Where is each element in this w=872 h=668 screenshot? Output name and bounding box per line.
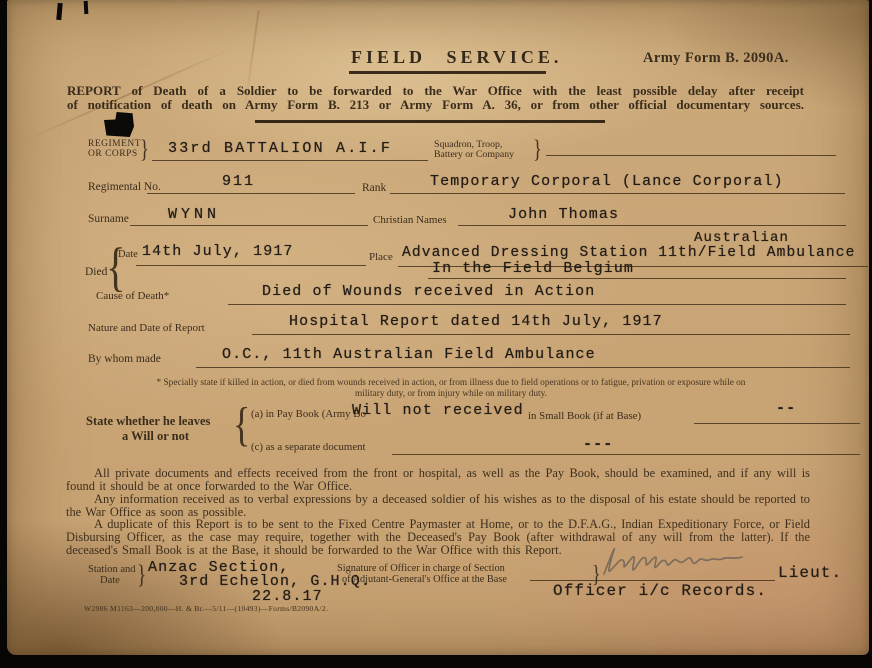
footnote-line-1: * Specially state if killed in action, o…: [90, 378, 812, 388]
instruction-paragraph: Any information received as to verbal ex…: [66, 493, 810, 519]
cause-of-death-value: Died of Wounds received in Action: [262, 283, 595, 300]
officer-rank-value: Lieut.: [778, 564, 842, 582]
will-label: a Will or not: [122, 429, 189, 444]
field-rule: [428, 278, 846, 279]
field-rule: [546, 155, 836, 156]
christian-names-value: John Thomas: [508, 206, 619, 223]
field-rule: [147, 193, 355, 194]
station-brace: }: [137, 562, 146, 588]
squadron-brace: }: [533, 137, 542, 162]
rank-label: Rank: [362, 182, 386, 194]
section-rule: [255, 120, 605, 123]
form-title: FIELD SERVICE.: [351, 47, 562, 68]
station-value-line-3: 22.8.17: [252, 588, 323, 605]
signature-scribble: [596, 536, 776, 582]
died-place-label: Place: [369, 251, 393, 263]
station-date-label: Station and: [88, 564, 136, 575]
nature-of-report-value: Hospital Report dated 14th July, 1917: [289, 313, 663, 330]
by-whom-made-value: O.C., 11th Australian Field Ambulance: [222, 346, 596, 363]
regiment-value: 33rd BATTALION A.I.F: [168, 140, 392, 157]
will-option-b-label: in Small Book (if at Base): [528, 410, 641, 422]
squadron-label: Battery or Company: [434, 149, 514, 160]
regiment-label: REGIMENT: [88, 139, 141, 149]
died-date-label: Date: [118, 249, 138, 260]
field-rule: [390, 193, 845, 194]
scanned-form: FIELD SERVICE. Army Form B. 2090A. REPOR…: [0, 0, 872, 668]
died-place-value-2: In the Field Belgium: [432, 260, 634, 277]
by-whom-made-label: By whom made: [88, 353, 161, 365]
regiment-label: OR CORPS: [88, 149, 138, 159]
field-rule: [228, 304, 846, 305]
field-rule: [392, 454, 860, 455]
nature-of-report-label: Nature and Date of Report: [88, 322, 205, 334]
form-number: Army Form B. 2090A.: [643, 50, 789, 67]
will-option-b-value: --: [776, 400, 796, 417]
died-date-value: 14th July, 1917: [142, 243, 294, 260]
will-brace: {: [233, 401, 250, 449]
field-rule: [152, 160, 428, 161]
intro-line-2: of notification of death on Army Form B.…: [67, 97, 804, 113]
regiment-brace: }: [140, 137, 149, 162]
field-rule: [252, 334, 850, 335]
station-date-label: Date: [100, 575, 120, 586]
footnote-line-2: military duty, or from injury while on m…: [90, 389, 812, 399]
will-option-c-value: ---: [583, 436, 613, 453]
form-code: W2986 M1163—200,000—H. & Br.—5/11—(10493…: [84, 604, 328, 613]
cause-of-death-label: Cause of Death*: [96, 290, 169, 302]
died-place-insert: Australian: [694, 230, 789, 246]
surname-label: Surname: [88, 213, 129, 225]
will-option-a-value: Will not received: [352, 402, 524, 419]
surname-value: WYNN: [168, 206, 220, 223]
officer-signature: [596, 536, 776, 587]
field-rule: [694, 423, 860, 424]
field-rule: [136, 265, 366, 266]
field-rule: [196, 367, 850, 368]
rank-value: Temporary Corporal (Lance Corporal): [430, 173, 784, 190]
field-rule: [130, 225, 368, 226]
instruction-paragraph: All private documents and effects receiv…: [66, 467, 810, 493]
regimental-no-label: Regimental No.: [88, 181, 161, 193]
title-underline: [349, 71, 546, 74]
christian-names-label: Christian Names: [373, 214, 447, 226]
field-rule: [458, 225, 846, 226]
died-place-value: Advanced Dressing Station 11th/Field Amb…: [402, 245, 855, 261]
edge-mark: [84, 1, 89, 14]
will-option-c-label: (c) as a separate document: [251, 441, 366, 453]
died-label: Died: [85, 266, 107, 278]
will-option-a-label: (a) in Pay Book (Army Bo: [251, 408, 366, 420]
officer-title-value: Officer i/c Records.: [553, 582, 767, 600]
regimental-no-value: 911: [222, 173, 255, 190]
will-label: State whether he leaves: [86, 414, 210, 429]
